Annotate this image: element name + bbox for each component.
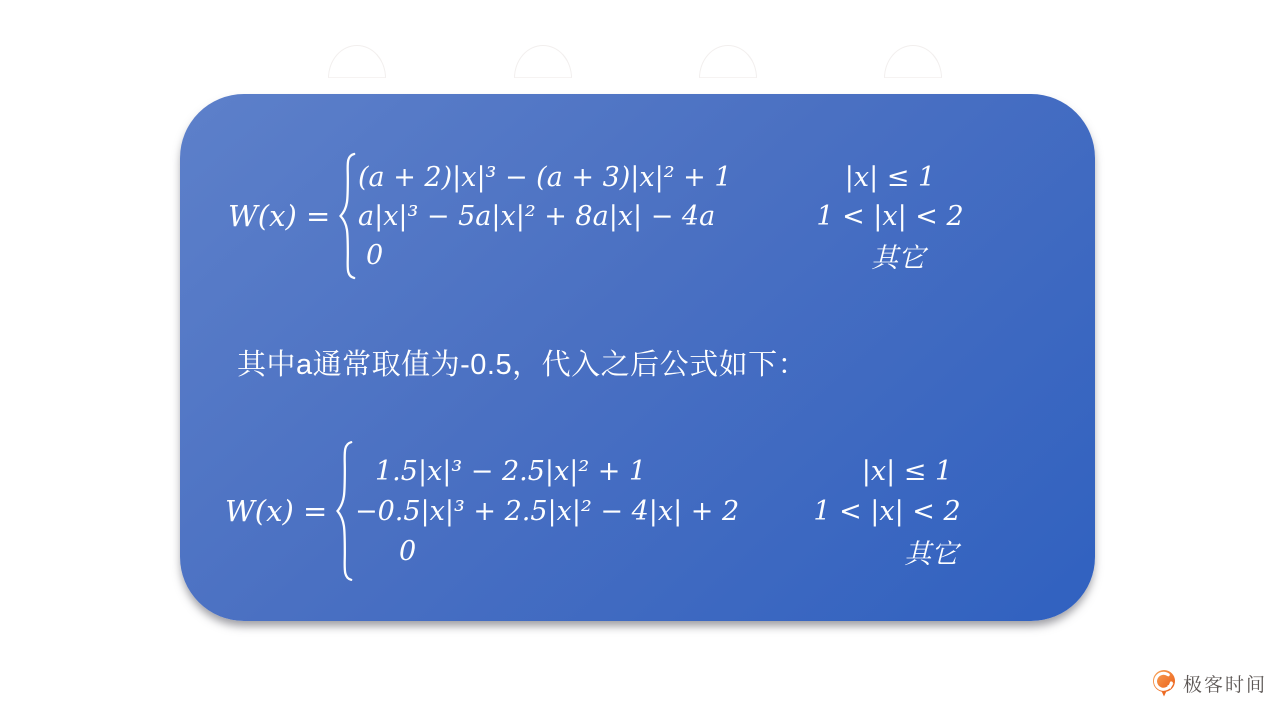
case-condition: |x| ≤ 1 <box>790 162 990 193</box>
case-condition: 其它 <box>831 532 1031 571</box>
case-expression: 1.5|x|³ − 2.5|x|² + 1 <box>355 456 807 487</box>
case-condition: 其它 <box>798 236 998 275</box>
case-row: a|x|³ − 5a|x|² + 8a|x| − 4a 1 < |x| < 2 <box>358 197 998 236</box>
arch-ghost-shape <box>328 45 386 78</box>
formula-lhs: W(x) = <box>228 199 330 233</box>
case-row: 0 其它 <box>355 531 1031 571</box>
geektime-logo: 极客时间 <box>1152 669 1267 697</box>
curly-brace-icon <box>333 440 353 582</box>
formula-lhs: W(x) = <box>225 494 327 528</box>
formula-bicubic-general: W(x) = (a + 2)|x|³ − (a + 3)|x|² + 1 |x|… <box>228 152 998 280</box>
geektime-logo-text: 极客时间 <box>1183 670 1267 697</box>
curly-brace-icon <box>336 152 356 280</box>
case-row: (a + 2)|x|³ − (a + 3)|x|² + 1 |x| ≤ 1 <box>358 158 998 197</box>
piecewise-cases: 1.5|x|³ − 2.5|x|² + 1 |x| ≤ 1 −0.5|x|³ +… <box>355 451 1031 571</box>
case-condition: |x| ≤ 1 <box>807 456 1007 487</box>
case-row: −0.5|x|³ + 2.5|x|² − 4|x| + 2 1 < |x| < … <box>355 491 1031 531</box>
geektime-logo-icon <box>1152 669 1176 697</box>
formula-bicubic-substituted: W(x) = 1.5|x|³ − 2.5|x|² + 1 |x| ≤ 1 −0.… <box>225 440 1031 582</box>
arch-ghost-shape <box>884 45 942 78</box>
case-expression: 0 <box>355 536 831 567</box>
substitution-note: 其中a通常取值为-0.5，代入之后公式如下： <box>237 342 807 383</box>
case-condition: 1 < |x| < 2 <box>790 201 990 232</box>
case-condition: 1 < |x| < 2 <box>787 496 987 527</box>
case-expression: −0.5|x|³ + 2.5|x|² − 4|x| + 2 <box>355 496 787 527</box>
case-expression: 0 <box>358 240 798 271</box>
piecewise-cases: (a + 2)|x|³ − (a + 3)|x|² + 1 |x| ≤ 1 a|… <box>358 158 998 275</box>
arch-ghost-shape <box>514 45 572 78</box>
slide: W(x) = (a + 2)|x|³ − (a + 3)|x|² + 1 |x|… <box>0 0 1280 717</box>
formula-card: W(x) = (a + 2)|x|³ − (a + 3)|x|² + 1 |x|… <box>180 94 1095 621</box>
case-expression: a|x|³ − 5a|x|² + 8a|x| − 4a <box>358 201 790 232</box>
case-row: 0 其它 <box>358 236 998 275</box>
arch-ghost-shape <box>699 45 757 78</box>
case-expression: (a + 2)|x|³ − (a + 3)|x|² + 1 <box>358 162 790 193</box>
case-row: 1.5|x|³ − 2.5|x|² + 1 |x| ≤ 1 <box>355 451 1031 491</box>
